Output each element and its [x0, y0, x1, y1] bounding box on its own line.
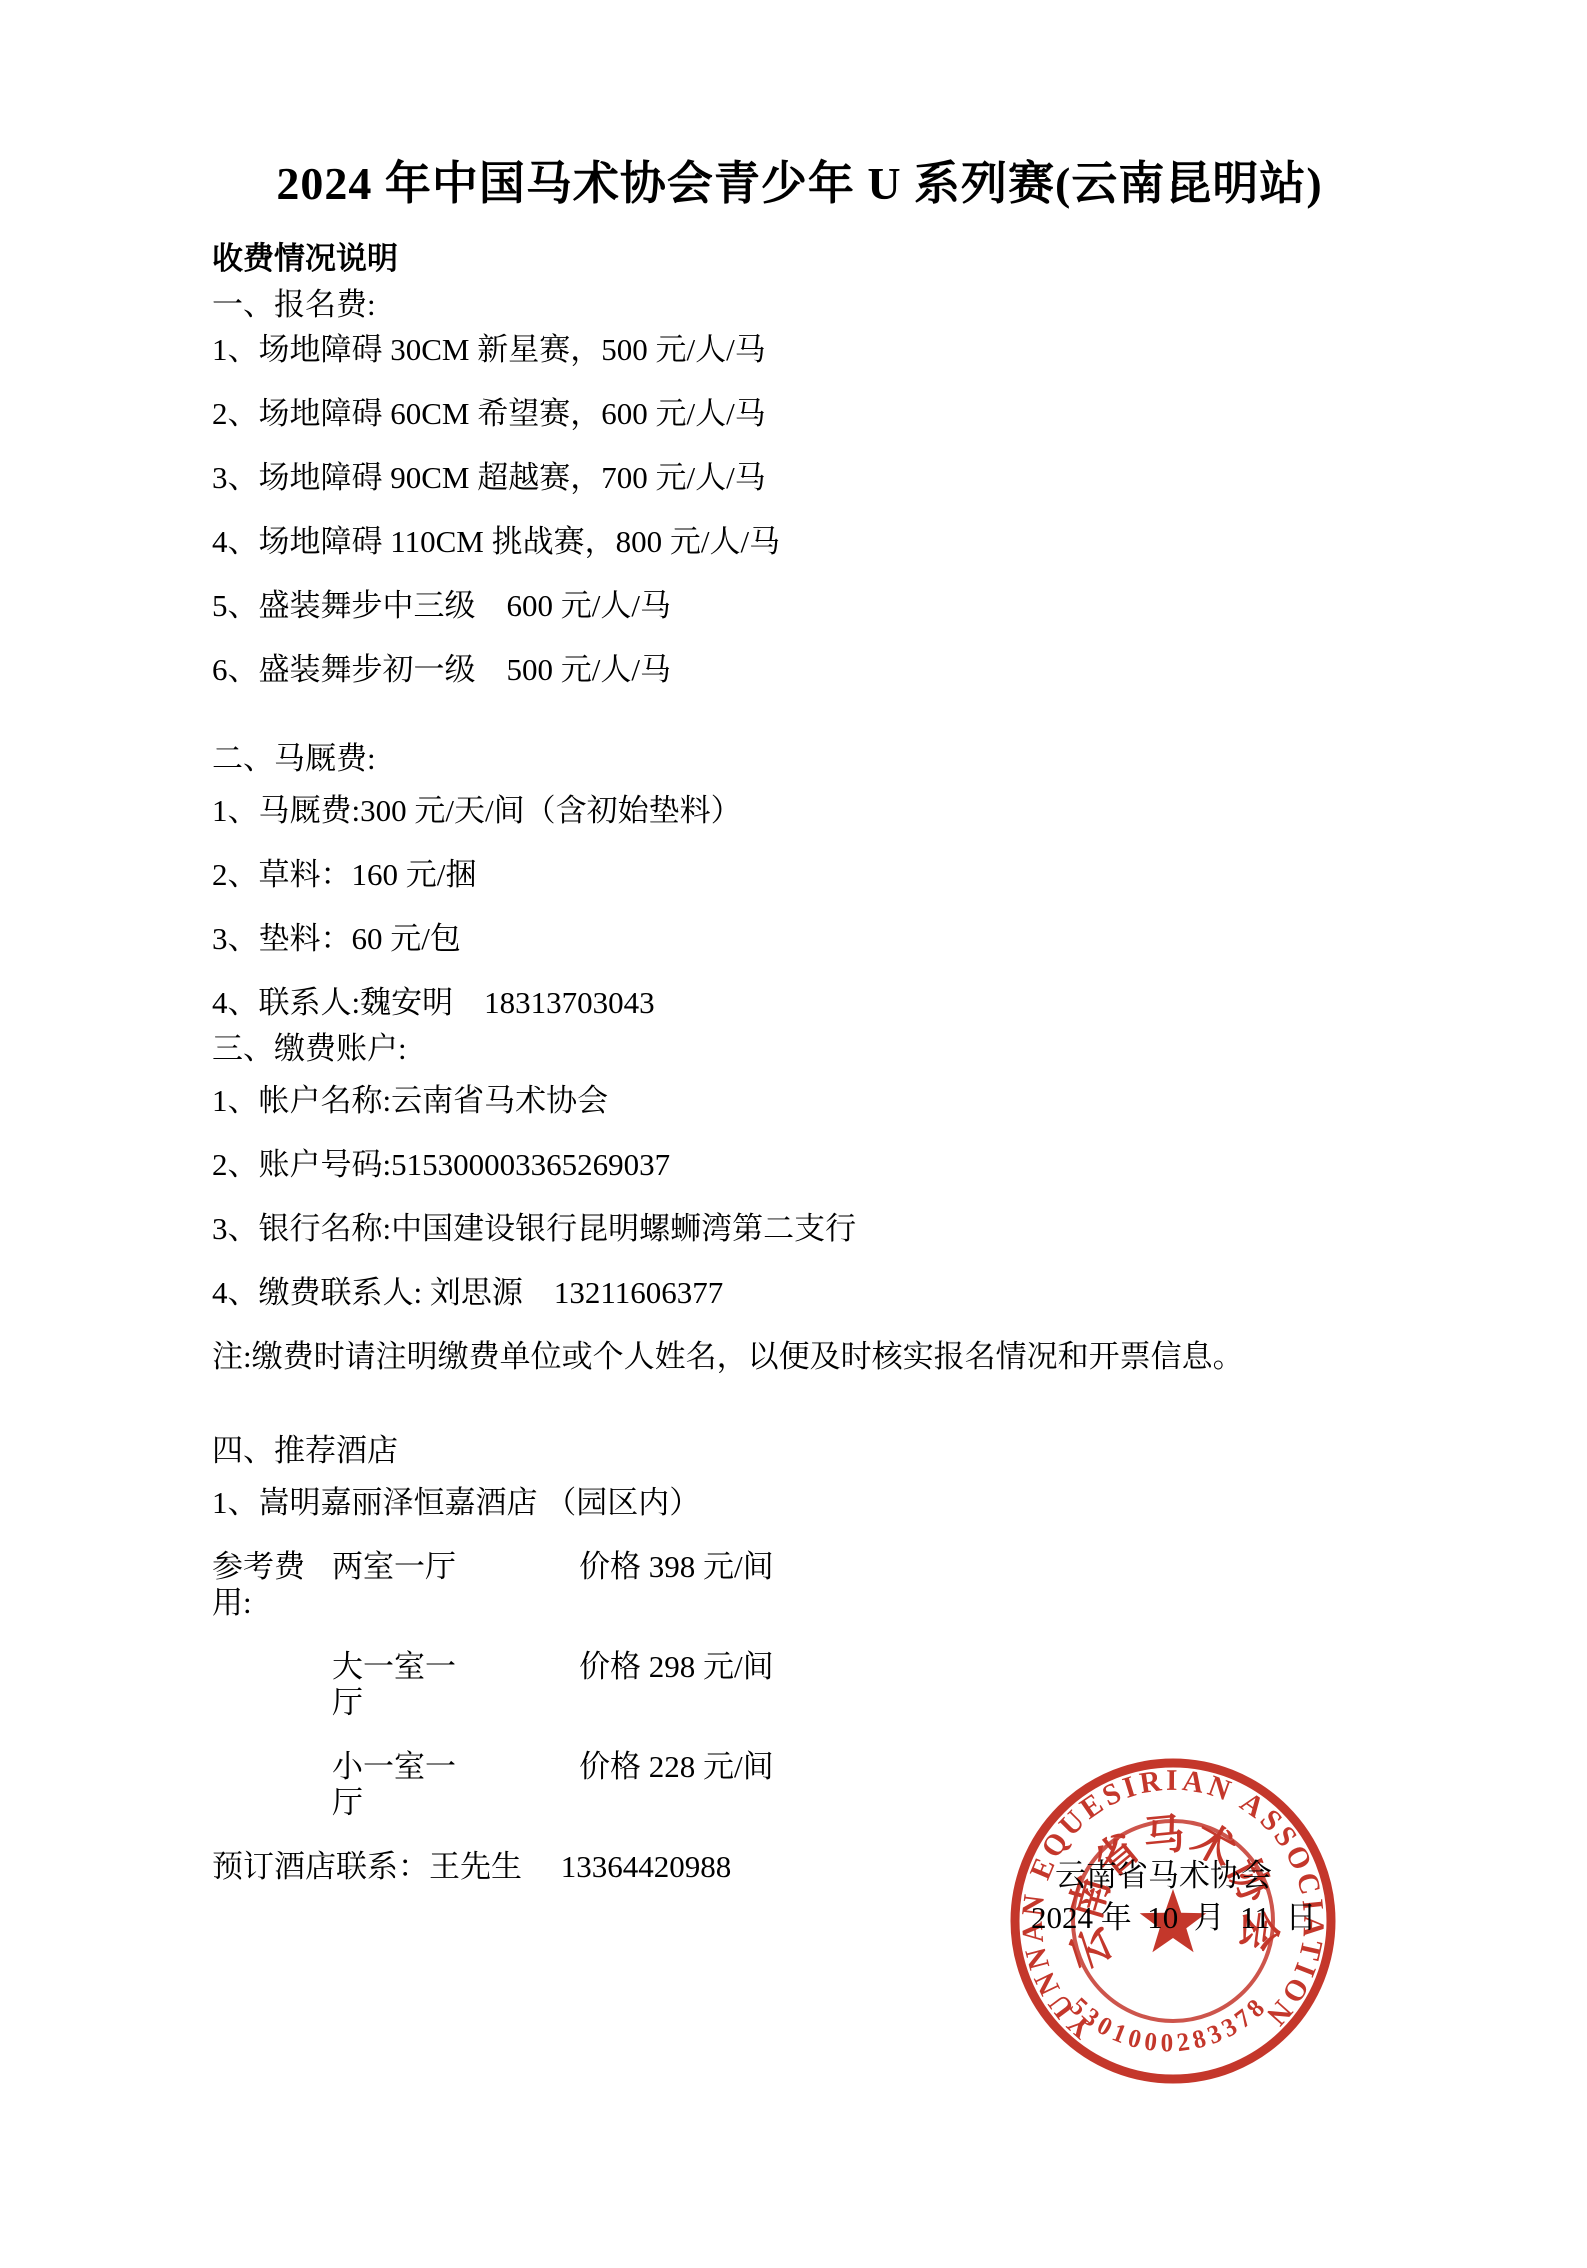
fee-item: 2、场地障碍 60CM 希望赛，600 元/人/马	[212, 396, 1387, 432]
hotel-name: 1、嵩明嘉丽泽恒嘉酒店 （园区内）	[212, 1485, 1387, 1521]
stable-item: 1、马厩费:300 元/天/间（含初始垫料）	[212, 793, 1387, 829]
hotel-section-heading: 四、推荐酒店	[212, 1433, 1387, 1469]
fee-item: 4、场地障碍 110CM 挑战赛，800 元/人/马	[212, 524, 1387, 560]
payment-item: 4、缴费联系人: 刘思源 13211606377	[212, 1275, 1387, 1311]
fees-section-heading: 一、报名费:	[212, 287, 1387, 323]
fee-item: 1、场地障碍 30CM 新星赛，500 元/人/马	[212, 332, 1387, 368]
hotel-price-label	[212, 1649, 332, 1721]
hotel-room-price: 价格 398 元/间	[579, 1549, 774, 1621]
fee-item: 3、场地障碍 90CM 超越赛，700 元/人/马	[212, 460, 1387, 496]
hotel-room-price: 价格 228 元/间	[579, 1749, 774, 1821]
payment-item: 3、银行名称:中国建设银行昆明螺蛳湾第二支行	[212, 1211, 1387, 1247]
payment-item: 1、帐户名称:云南省马术协会	[212, 1083, 1387, 1119]
hotel-price-label: 参考费用:	[212, 1549, 332, 1621]
hotel-room-type: 两室一厅	[332, 1549, 484, 1621]
seal-serial-number: 5301000283378	[1064, 1990, 1273, 2057]
payment-note: 注:缴费时请注明缴费单位或个人姓名，以便及时核实报名情况和开票信息。	[212, 1339, 1387, 1375]
hotel-room-price: 价格 298 元/间	[579, 1649, 774, 1721]
stable-item: 4、联系人:魏安明 18313703043	[212, 985, 1387, 1021]
signature-organization: 云南省马术协会	[1055, 1858, 1272, 1894]
fee-item: 6、盛装舞步初一级 500 元/人/马	[212, 652, 1387, 688]
payment-section-heading: 三、缴费账户:	[212, 1031, 1387, 1067]
document-body: 2024 年中国马术协会青少年 U 系列赛(云南昆明站) 收费情况说明 一、报名…	[212, 150, 1387, 1885]
stable-item: 3、垫料：60 元/包	[212, 921, 1387, 957]
document-page: 2024 年中国马术协会青少年 U 系列赛(云南昆明站) 收费情况说明 一、报名…	[0, 0, 1587, 2268]
fee-item: 5、盛装舞步中三级 600 元/人/马	[212, 588, 1387, 624]
document-title: 2024 年中国马术协会青少年 U 系列赛(云南昆明站)	[212, 156, 1387, 211]
hotel-room-type: 大一室一厅	[332, 1649, 484, 1721]
stable-section-heading: 二、马厩费:	[212, 741, 1387, 777]
payment-item: 2、账户号码:515300003365269037	[212, 1147, 1387, 1183]
hotel-room-type: 小一室一厅	[332, 1749, 484, 1821]
stable-item: 2、草料：160 元/捆	[212, 857, 1387, 893]
hotel-price-row: 大一室一厅 价格 298 元/间	[212, 1649, 1387, 1721]
hotel-price-label	[212, 1749, 332, 1821]
document-subtitle: 收费情况说明	[212, 241, 1387, 277]
hotel-price-row: 参考费用: 两室一厅 价格 398 元/间	[212, 1549, 1387, 1621]
signature-date: 2024 年 10 月 11 日	[1031, 1900, 1317, 1936]
